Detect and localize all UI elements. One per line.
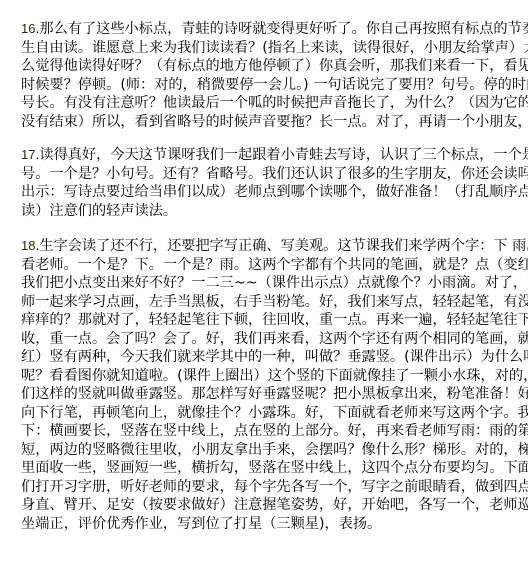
paragraph-line: 生自由读。谁愿意上来为我们读读看？(指名上来读，读得很好，小朋友给掌声）大家为什 [21, 39, 509, 58]
paragraph-line: 收，重一点。会了吗？会了。好，我们再来看，这两个字还有两个相同的笔画，就是竖（变 [21, 330, 509, 349]
paragraph-line: 呢？看看图你就知道啦。(课件上圈出）这个竖的下面就像挂了一颗小水珠，对的，所以我 [21, 367, 509, 386]
paragraph-line: 出示：写诗点要过给当串们以成）老师点到哪个读哪个，做好准备！（打乱顺序点，学生齐 [21, 183, 509, 202]
paragraph-16: 16.那么有了这些小标点，青蛙的诗呀就变得更好听了。你自己再按照有标点的节奏读读… [21, 20, 509, 131]
paragraph-number: 18 [21, 238, 35, 253]
line-text: 那么有了这些小标点，青蛙的诗呀就变得更好听了。你自己再按照有标点的节奏读读看。 [39, 21, 528, 37]
paragraph-line: 18.生字会读了还不行，还要把字写正确、写美观。这节课我们来学两个字：下 雨。小… [21, 237, 509, 256]
paragraph-spacer [21, 220, 509, 237]
paragraph-line: 16.那么有了这些小标点，青蛙的诗呀就变得更好听了。你自己再按照有标点的节奏读读… [21, 20, 509, 39]
paragraph-line: 时候要？停顿。(师：对的，稍微要停一会儿。) 一句话说完了要用？句号。停的时间要… [21, 76, 509, 95]
paragraph-line: 号。一个是？小句号。还有？省略号。我们还认识了很多的生字朋友，你还会读吗？（课件 [21, 165, 509, 184]
paragraph-line: 17.读得真好，今天这节课呀我们一起跟着小青蛙去写诗，认识了三个标点，一个是？小… [21, 146, 509, 165]
paragraph-line: 红）竖有两种，今天我们就来学其中的一种，叫做？垂露竖。(课件出示）为什么叫垂露竖 [21, 348, 509, 367]
paragraph-line: 师一起来学习点画，左手当黑板，右手当粉笔。好，我们来写点，轻轻起笔，有没有感觉手 [21, 293, 509, 312]
paragraph-line: 读）注意们的轻声读法。 [21, 202, 509, 221]
line-text: 读得真好，今天这节课呀我们一起跟着小青蛙去写诗，认识了三个标点，一个是？小逗 [39, 147, 528, 163]
paragraph-line: 们这样的竖就叫做垂露竖。那怎样写好垂露竖呢？把小黑板拿出来，粉笔准备！好，顿笔， [21, 385, 509, 404]
paragraph-17: 17.读得真好，今天这节课呀我们一起跟着小青蛙去写诗，认识了三个标点，一个是？小… [21, 146, 509, 220]
line-text: 生字会读了还不行，还要把字写正确、写美观。这节课我们来学两个字：下 雨。小眼睛？ [39, 238, 528, 254]
document-body: 16.那么有了这些小标点，青蛙的诗呀就变得更好听了。你自己再按照有标点的节奏读读… [21, 20, 509, 533]
paragraph-line: 里面收一些，竖画短一些，横折勾，竖落在竖中线上，这四个点分布要均匀。下面请小朋友 [21, 459, 509, 478]
paragraph-18: 18.生字会读了还不行，还要把字写正确、写美观。这节课我们来学两个字：下 雨。小… [21, 237, 509, 533]
paragraph-line: 们打开习字册，听好老师的要求，每个字先各写一个，写字之前眼睛看，做到四点：头正、 [21, 478, 509, 497]
paragraph-line: 短，两边的竖略微往里收，小朋友拿出手来，会摆吗？像什么形？梯形。对的，梯形略微往 [21, 441, 509, 460]
paragraph-line: 没有结束）所以，看到省略号的时候声音要拖？长一点。对了，再请一个小朋友，读完齐读… [21, 113, 509, 132]
paragraph-line: 么觉得他读得好呀？（有标点的地方他停顿了）你真会听，那我们来看一下，看见小逗号的 [21, 57, 509, 76]
paragraph-number: 17 [21, 147, 35, 162]
paragraph-spacer [21, 131, 509, 146]
paragraph-line: 身直、臂开、足安（按要求做好）注意握笔姿势，好，开始吧，各写一个，老师巡视，写完 [21, 496, 509, 515]
paragraph-line: 我们把小点变出来好不好？一二三~~（课件出示点）点就像个？小雨滴。对了，下面就和… [21, 274, 509, 293]
paragraph-line: 看老师。一个是？下。一个是？雨。这两个字都有个共同的笔画，就是？点（变红）。 [21, 256, 509, 275]
paragraph-line: 号长。有没有注意听？他读最后一个呱的时候把声音拖长了，为什么？（因为它的呱后面还 [21, 94, 509, 113]
paragraph-line: 痒痒的？那就对了，轻轻起笔往下顿，往回收，重一点。再来一遍，轻轻起笔往下顿，往回 [21, 311, 509, 330]
paragraph-line: 向下行笔，再顿笔向上，就像挂个？小露珠。好，下面就看老师来写这两个字。我们先来写 [21, 404, 509, 423]
paragraph-number: 16 [21, 21, 35, 36]
paragraph-line: 下：横画要长，竖落在竖中线上，点在竖的上部分。好，再来看老师写雨：雨的第一笔横要 [21, 422, 509, 441]
paragraph-line: 坐端正，评价优秀作业，写到位了打星（三颗星)，表扬。 [21, 515, 509, 534]
